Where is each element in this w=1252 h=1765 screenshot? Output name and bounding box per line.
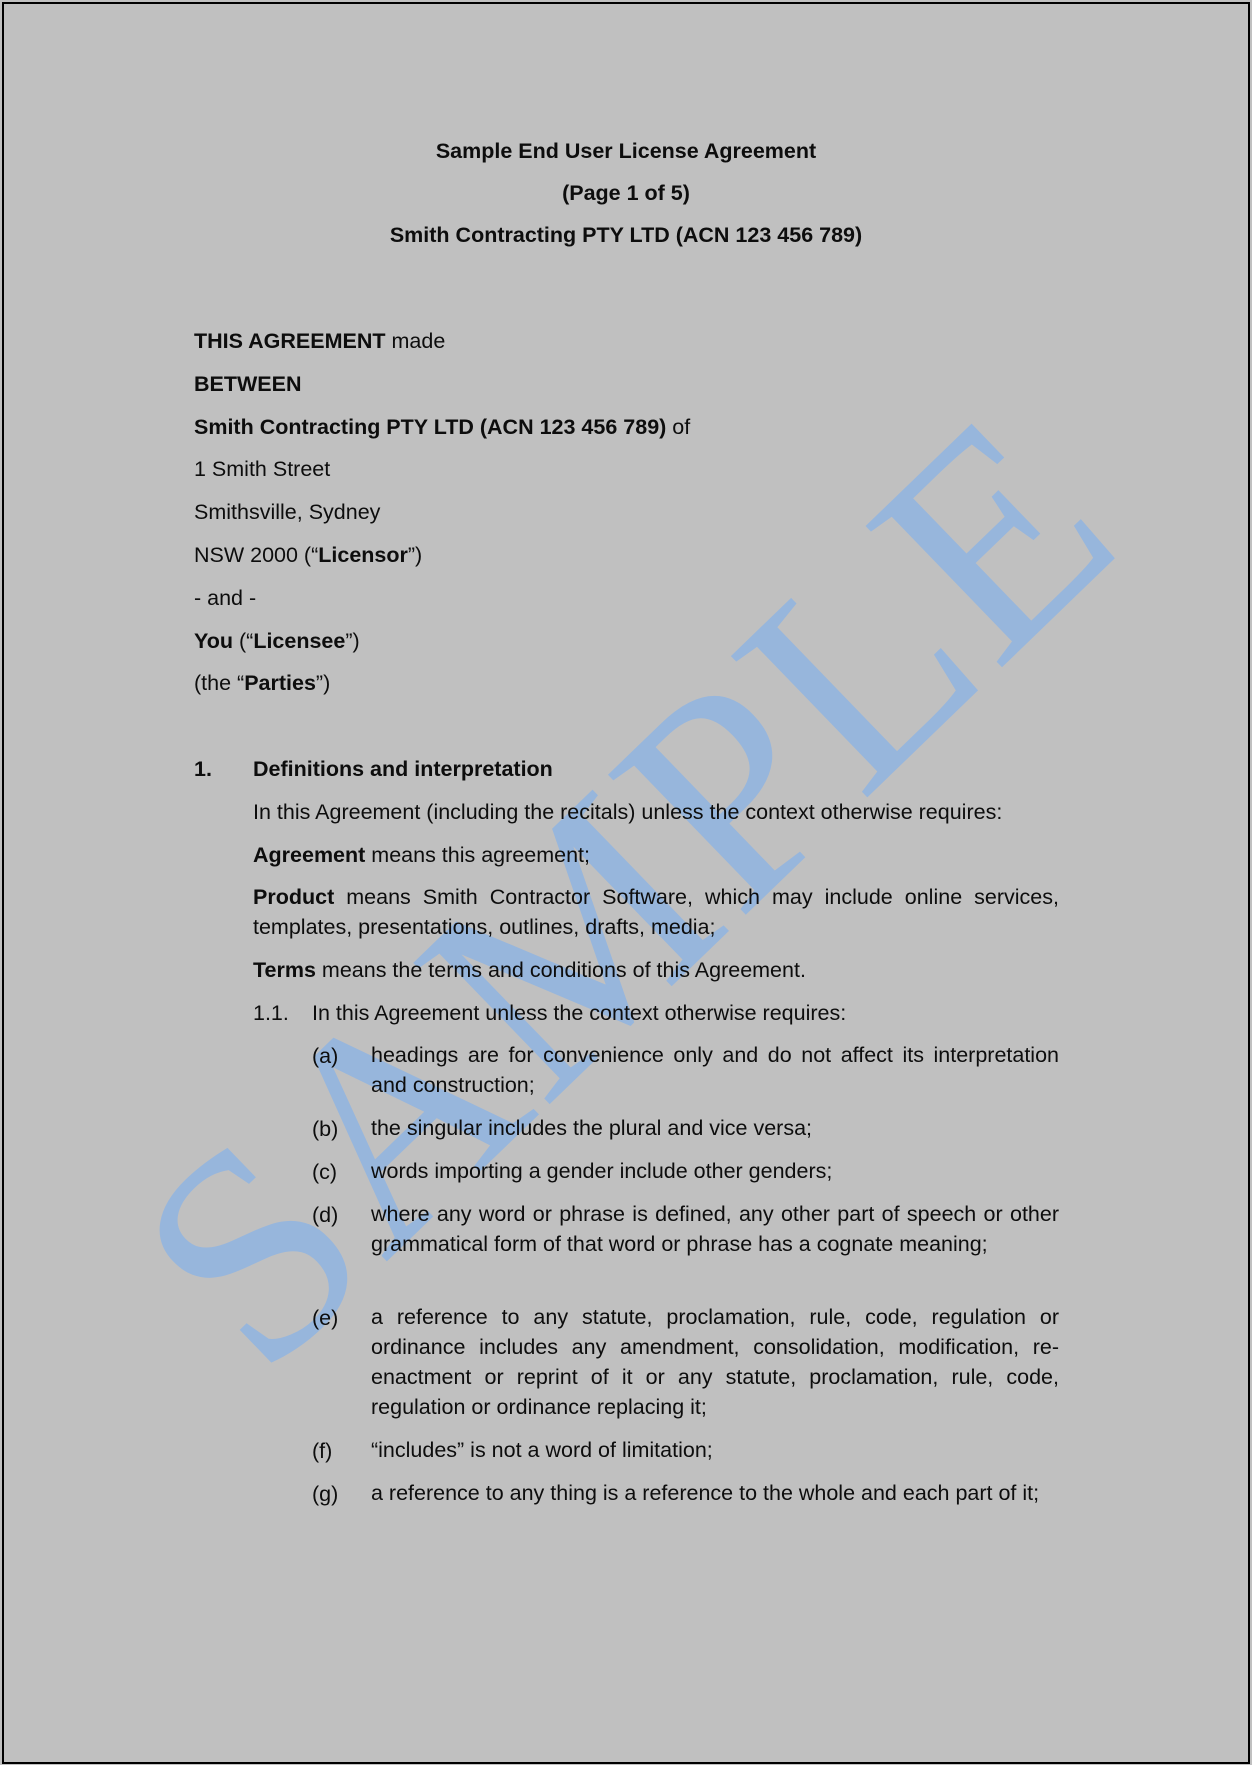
item-g-label: (g) (312, 1482, 338, 1507)
item-c-text: words importing a gender include other g… (371, 1156, 1059, 1186)
section-1-intro: In this Agreement (including the recital… (253, 800, 1002, 825)
section-1-number: 1. (194, 757, 212, 782)
open-quote: (“ (233, 629, 253, 653)
item-g-text: a reference to any thing is a reference … (371, 1478, 1059, 1508)
item-a-text: headings are for convenience only and do… (371, 1040, 1059, 1100)
document-title: Sample End User License Agreement (0, 139, 1252, 164)
company-heading: Smith Contracting PTY LTD (ACN 123 456 7… (0, 223, 1252, 248)
agreement-made-line: THIS AGREEMENT made (194, 329, 445, 354)
item-a-label: (a) (312, 1044, 338, 1069)
address-line-3: NSW 2000 (“Licensor”) (194, 543, 422, 568)
section-heading-text: Definitions and interpretation (253, 757, 553, 781)
item-b-label: (b) (312, 1117, 338, 1142)
and-separator: - and - (194, 586, 256, 611)
licensee-label: Licensee (253, 629, 345, 653)
close-quote: ”) (408, 543, 422, 567)
licensee-line: You (“Licensee”) (194, 629, 360, 654)
page-indicator: (Page 1 of 5) (0, 181, 1252, 206)
licensee-name: You (194, 629, 233, 653)
parties-line: (the “Parties”) (194, 671, 330, 696)
address-line-1: 1 Smith Street (194, 457, 330, 482)
close-quote: ”) (345, 629, 359, 653)
definition-terms: Terms means the terms and conditions of … (253, 958, 806, 983)
definition-term: Terms (253, 958, 316, 982)
licensor-name: Smith Contracting PTY LTD (ACN 123 456 7… (194, 415, 666, 439)
item-e-label: (e) (312, 1306, 338, 1331)
licensor-label: Licensor (318, 543, 408, 567)
item-f-text: “includes” is not a word of limitation; (371, 1435, 1059, 1465)
section-1-heading: Definitions and interpretation (253, 757, 553, 782)
definition-product: Product means Smith Contractor Software,… (253, 882, 1059, 942)
item-e-text: a reference to any statute, proclamation… (371, 1302, 1059, 1422)
address-line-2: Smithsville, Sydney (194, 500, 380, 525)
agreement-rest: made (386, 329, 446, 353)
postcode-text: NSW 2000 (“ (194, 543, 318, 567)
definition-term: Product (253, 885, 334, 909)
clause-1-1-number: 1.1. (253, 1001, 289, 1026)
definition-agreement: Agreement means this agreement; (253, 843, 590, 868)
between-text: BETWEEN (194, 372, 302, 396)
definition-text: means the terms and conditions of this A… (316, 958, 806, 982)
item-d-text: where any word or phrase is defined, any… (371, 1199, 1059, 1259)
parties-post: ”) (316, 671, 330, 695)
parties-label: Parties (244, 671, 316, 695)
item-d-label: (d) (312, 1203, 338, 1228)
item-f-label: (f) (312, 1439, 332, 1464)
between-label: BETWEEN (194, 372, 302, 397)
definition-text: means Smith Contractor Software, which m… (253, 885, 1059, 939)
item-b-text: the singular includes the plural and vic… (371, 1113, 1059, 1143)
parties-pre: (the “ (194, 671, 244, 695)
licensor-name-line: Smith Contracting PTY LTD (ACN 123 456 7… (194, 415, 690, 440)
licensor-of: of (666, 415, 690, 439)
agreement-bold: THIS AGREEMENT (194, 329, 386, 353)
definition-text: means this agreement; (365, 843, 590, 867)
clause-1-1-text: In this Agreement unless the context oth… (312, 1001, 846, 1026)
item-c-label: (c) (312, 1160, 337, 1185)
definition-term: Agreement (253, 843, 365, 867)
section-number-text: 1. (194, 757, 212, 781)
